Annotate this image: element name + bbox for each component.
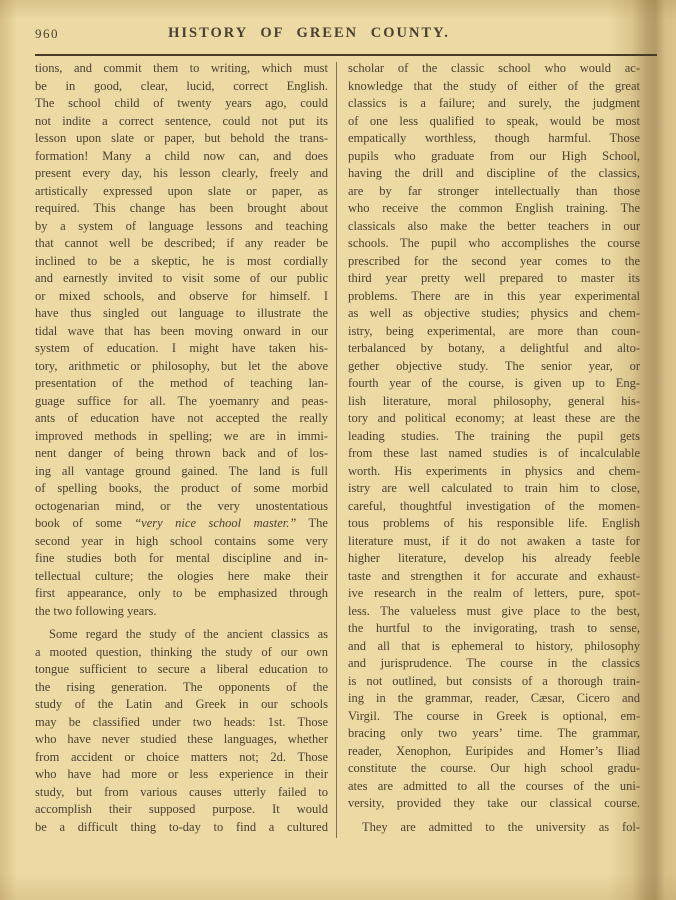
text-line: the two following years. (35, 603, 328, 621)
text-line: ates are admitted to all the courses of … (348, 778, 640, 796)
text-line: classics is a failure; and surely, the j… (348, 95, 640, 113)
text-line: inclined to be a skeptic, he is most cor… (35, 253, 328, 271)
text-line: lesson upon slate or paper, but behold t… (35, 130, 328, 148)
text-line: have thus singled out language to illust… (35, 305, 328, 323)
text-line: are by far stronger intellectually than … (348, 183, 640, 201)
text-line: Some regard the study of the ancient cla… (35, 626, 328, 644)
text-line: not indite a correct sentence, could not… (35, 113, 328, 131)
text-line: literature must, if it do not awaken a t… (348, 533, 640, 551)
text-line: tongue sufficient to secure a liberal ed… (35, 661, 328, 679)
text-line: be in good, clear, lucid, correct Englis… (35, 78, 328, 96)
text-line: ing in the grammar, reader, Cæsar, Cicer… (348, 690, 640, 708)
text-line: fine studies both for mental discipline … (35, 550, 328, 568)
text-line: who receive the common English training.… (348, 200, 640, 218)
text-line: and earnestly invited to visit some of o… (35, 270, 328, 288)
right-column: scholar of the classic school who would … (348, 60, 640, 836)
text-line: taste and strengthen it for accurate and… (348, 568, 640, 586)
text-line: tellectual culture; the ologies here mak… (35, 568, 328, 586)
text-line: as well as objective studies; physics an… (348, 305, 640, 323)
text-line: Virgil. The course in Greek is optional,… (348, 708, 640, 726)
text-line: and jurisprudence. The course in the cla… (348, 655, 640, 673)
text-line: worth. His experiments in physics and ch… (348, 463, 640, 481)
text-line: that cannot well be described; if any re… (35, 235, 328, 253)
text-line: by a system of language lessons and teac… (35, 218, 328, 236)
text-line: The school child of twenty years ago, co… (35, 95, 328, 113)
text-line: artistically expressed upon slate or pap… (35, 183, 328, 201)
text-line: prescribed for the second year comes to … (348, 253, 640, 271)
text-line: present every day, his lesson clearly, f… (35, 165, 328, 183)
text-line: tidal wave that has been moving onward i… (35, 323, 328, 341)
text-line: having the drill and discipline of the c… (348, 165, 640, 183)
text-line: formation! Many a child now can, and doe… (35, 148, 328, 166)
text-line: scholar of the classic school who would … (348, 60, 640, 78)
text-line: less. The valueless must give place to t… (348, 603, 640, 621)
text-line: is not outlined, but consists of a thoro… (348, 673, 640, 691)
text-line: classicals also make the better teachers… (348, 218, 640, 236)
text-line: study of the Latin and Greek in our scho… (35, 696, 328, 714)
text-line: knowledge that the study of either of th… (348, 78, 640, 96)
text-line: ive research in the realm of letters, pu… (348, 585, 640, 603)
text-line: nent danger of being thrown back and of … (35, 445, 328, 463)
text-line: the rising generation. The opponents of … (35, 679, 328, 697)
text-line: who have had more or less experience in … (35, 766, 328, 784)
text-line: bracing only two years’ time. The gramma… (348, 725, 640, 743)
text-line: octogenarian mind, or the very unostenta… (35, 498, 328, 516)
text-line: who have never studied these languages, … (35, 731, 328, 749)
text-line: second year in high school contains some… (35, 533, 328, 551)
text-line: versity, provided they take our classica… (348, 795, 640, 813)
text-line: a mooted question, thinking the study of… (35, 644, 328, 662)
text-line: They are admitted to the university as f… (348, 819, 640, 837)
text-line: guage suffice for all. The yoemanry and … (35, 393, 328, 411)
text-line: istry are well calculated to train him t… (348, 480, 640, 498)
text-line: or mixed schools, and observe for himsel… (35, 288, 328, 306)
text-line: study, but from various causes utterly f… (35, 784, 328, 802)
text-line: accomplish their supposed purpose. It wo… (35, 801, 328, 819)
text-line: tous problems of his responsible life. E… (348, 515, 640, 533)
text-line: tory, arithmetic or philosophy, but let … (35, 358, 328, 376)
text-line: higher literature, develop his already f… (348, 550, 640, 568)
text-line: problems. There are in this year experim… (348, 288, 640, 306)
left-column: tions, and commit them to writing, which… (35, 60, 328, 836)
text-line: first appearance, only to be emphasized … (35, 585, 328, 603)
column-divider (336, 62, 337, 838)
text-line: ants of education have not accepted the … (35, 410, 328, 428)
text-line: system of education. I might have taken … (35, 340, 328, 358)
text-line: ing all vantage ground gained. The land … (35, 463, 328, 481)
text-line: tions, and commit them to writing, which… (35, 60, 328, 78)
text-line: of spelling books, the product of some m… (35, 480, 328, 498)
text-line: and all that is ephemeral to history, ph… (348, 638, 640, 656)
text-line: improved methods in spelling; we are in … (35, 428, 328, 446)
text-line: leading studies. The training the pupil … (348, 428, 640, 446)
text-line: empatically worthless, though harmful. T… (348, 130, 640, 148)
text-line: schools. The pupil who accomplishes the … (348, 235, 640, 253)
text-line: the hurtful to the invigorating, trash t… (348, 620, 640, 638)
text-line: careful, thoughtful investigation of the… (348, 498, 640, 516)
book-page: 960 HISTORY OF GREEN COUNTY. tions, and … (0, 0, 676, 900)
text-line: presentation of the method of teaching l… (35, 375, 328, 393)
text-line: lish literature, moral philosophy, gener… (348, 393, 640, 411)
text-line: fourth year of the course, is given up t… (348, 375, 640, 393)
text-line: pupils who graduate from our High School… (348, 148, 640, 166)
running-header-title: HISTORY OF GREEN COUNTY. (0, 25, 618, 42)
text-line: may be classified under two heads: 1st. … (35, 714, 328, 732)
text-line: from these last named studies is of inca… (348, 445, 640, 463)
text-line: required. This change has been brought a… (35, 200, 328, 218)
text-line: tory and political economy; at least the… (348, 410, 640, 428)
text-line: book of some “very nice school master.” … (35, 515, 328, 533)
text-line: of one less qualified to speak, would be… (348, 113, 640, 131)
text-line: istry, being experimental, are more than… (348, 323, 640, 341)
text-line: constitute the course. Our high school g… (348, 760, 640, 778)
text-line: third year pretty well prepared to maste… (348, 270, 640, 288)
text-line: from accident or choice matters not; 2d.… (35, 749, 328, 767)
text-line: gether objective study. The senior year,… (348, 358, 640, 376)
text-line: reader, Xenophon, Euripides and Homer’s … (348, 743, 640, 761)
text-line: be a difficult thing to-day to find a cu… (35, 819, 328, 837)
text-line: terbalanced by botany, a delightful and … (348, 340, 640, 358)
header-rule (35, 54, 657, 56)
